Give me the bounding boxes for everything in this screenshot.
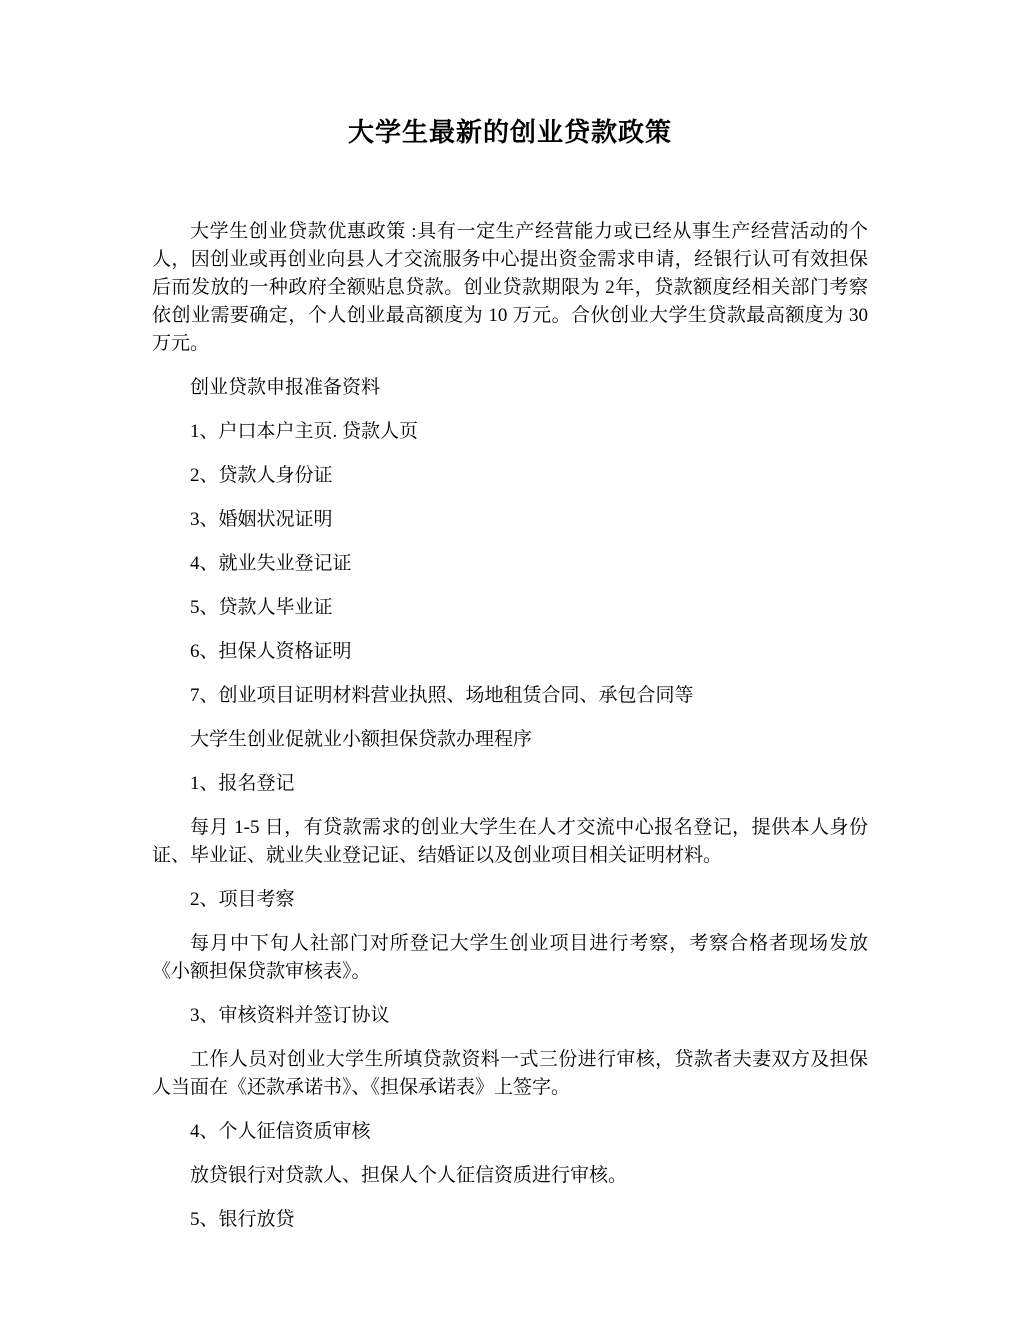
step-heading-5: 5、银行放贷 [152,1206,868,1234]
material-item-1: 1、户口本户主页. 贷款人页 [152,418,868,446]
intro-paragraph: 大学生创业贷款优惠政策 :具有一定生产经营能力或已经从事生产经营活动的个人，因创… [152,218,868,358]
document-title: 大学生最新的创业贷款政策 [152,118,868,148]
document-page: 大学生最新的创业贷款政策 大学生创业贷款优惠政策 :具有一定生产经营能力或已经从… [0,0,1020,1320]
step-detail-3: 工作人员对创业大学生所填贷款资料一式三份进行审核，贷款者夫妻双方及担保人当面在《… [152,1046,868,1102]
material-item-3: 3、婚姻状况证明 [152,506,868,534]
step-detail-4: 放贷银行对贷款人、担保人个人征信资质进行审核。 [152,1162,868,1190]
material-item-7: 7、创业项目证明材料营业执照、场地租赁合同、承包合同等 [152,682,868,710]
step-detail-2: 每月中下旬人社部门对所登记大学生创业项目进行考察，考察合格者现场发放 《小额担保… [152,930,868,986]
section-heading-materials: 创业贷款申报准备资料 [152,374,868,402]
material-item-5: 5、贷款人毕业证 [152,594,868,622]
material-item-4: 4、就业失业登记证 [152,550,868,578]
step-heading-2: 2、项目考察 [152,886,868,914]
step-detail-1: 每月 1-5 日，有贷款需求的创业大学生在人才交流中心报名登记，提供本人身份证、… [152,814,868,870]
material-item-2: 2、贷款人身份证 [152,462,868,490]
step-heading-4: 4、个人征信资质审核 [152,1118,868,1146]
section-heading-procedure: 大学生创业促就业小额担保贷款办理程序 [152,726,868,754]
step-heading-1: 1、报名登记 [152,770,868,798]
material-item-6: 6、担保人资格证明 [152,638,868,666]
step-heading-3: 3、审核资料并签订协议 [152,1002,868,1030]
